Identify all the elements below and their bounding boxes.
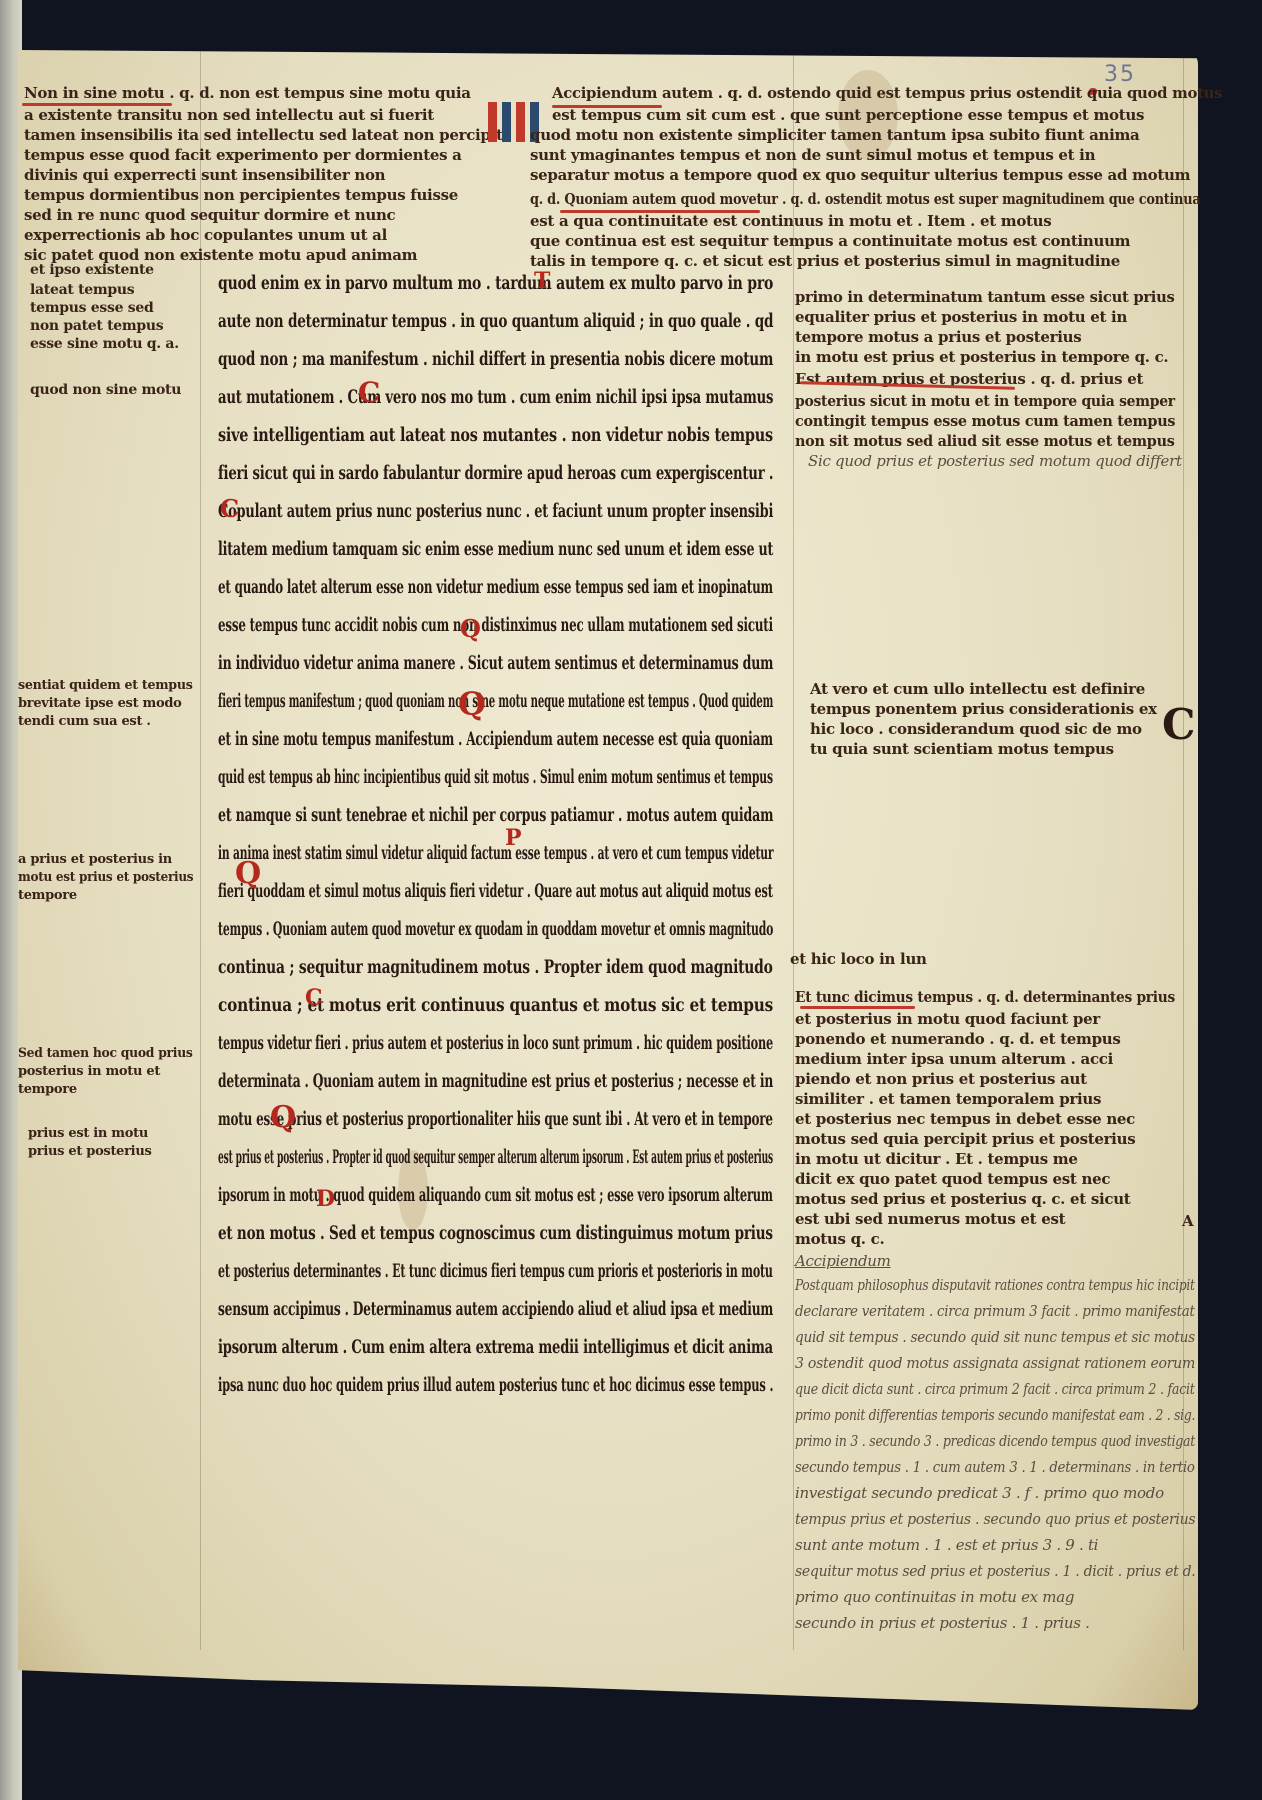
commentary-line: quod motu non existente simpliciter tame… [530, 126, 1139, 144]
note-heading: Accipiendum [795, 1252, 891, 1270]
note-line: investigat secundo predicat 3 . f . prim… [795, 1484, 1164, 1502]
gloss-line: dicit ex quo patet quod tempus est nec [795, 1170, 1110, 1188]
gloss-line: lateat tempus [30, 282, 134, 298]
text-line: quod non ; ma manifestum . nichil differ… [218, 348, 773, 370]
gloss-line: prius et posterius [28, 1144, 152, 1159]
text-line: aute non determinatur tempus . in quo qu… [218, 310, 773, 332]
end-mark: A [1182, 1212, 1193, 1230]
note-line: secundo tempus . 1 . cum autem 3 . 1 . d… [795, 1458, 1195, 1476]
gloss-line: tempore [18, 888, 77, 903]
commentary-line: divinis qui experrecti sunt insensibilit… [24, 166, 385, 184]
commentary-line: Non in sine motu . q. d. non est tempus … [24, 84, 471, 102]
note-line: quid sit tempus . secundo quid sit nunc … [795, 1328, 1195, 1346]
gloss-line: tu quia sunt scientiam motus tempus [810, 740, 1114, 758]
gloss-line: contingit tempus esse motus cum tamen te… [795, 412, 1175, 430]
gloss-line: et posterius in motu quod faciunt per [795, 1010, 1100, 1028]
ruling-text-right [793, 50, 794, 1650]
text-line: Copulant autem prius nunc posterius nunc… [218, 500, 773, 522]
text-line: continua ; et motus erit continuus quant… [218, 994, 773, 1016]
gloss-line: in motu ut dicitur . Et . tempus me [795, 1150, 1078, 1168]
rubricated-initial: D [316, 1186, 335, 1212]
gloss-line: medium inter ipsa unum alterum . acci [795, 1050, 1113, 1068]
rubricated-initial: Q [460, 614, 481, 643]
text-line: fieri sicut qui in sardo fabulantur dorm… [218, 462, 773, 484]
rubricated-initial: C [220, 494, 239, 523]
rubricated-initial: T [534, 268, 550, 294]
rubricated-initial: Q [270, 1100, 296, 1135]
text-line: ipsorum in motu . quod quidem aliquando … [218, 1184, 773, 1206]
commentary-line: Accipiendum autem . q. d. ostendo quid e… [552, 84, 1222, 102]
later-hand-note: Sic quod prius et posterius sed motum qu… [808, 452, 1182, 470]
rubricated-initial: Q [458, 685, 486, 723]
gloss-line: tendi cum sua est . [18, 714, 151, 729]
gloss-line: in motu est prius et posterius in tempor… [795, 348, 1168, 366]
gloss-line: sentiat quidem et tempus [18, 678, 193, 693]
text-line: in individuo videtur anima manere . Sicu… [218, 652, 773, 674]
text-line: et non motus . Sed et tempus cognoscimus… [218, 1222, 773, 1244]
text-line: et namque si sunt tenebrae et nichil per… [218, 804, 773, 826]
note-line: tempus prius et posterius . secundo quo … [795, 1510, 1195, 1528]
gloss-line: non sit motus sed aliud sit esse motus e… [795, 432, 1175, 450]
commentary-line: tamen insensibilis ita sed intellectu se… [24, 126, 503, 144]
note-line: 3 ostendit quod motus assignata assignat… [795, 1354, 1195, 1372]
paragraph-mark: C [1162, 700, 1195, 749]
rubricated-initial: C [305, 985, 323, 1011]
gloss-line: brevitate ipse est modo [18, 696, 181, 711]
note-line: Postquam philosophus disputavit rationes… [795, 1276, 1195, 1294]
note-line: secundo in prius et posterius . 1 . priu… [795, 1614, 1090, 1632]
text-line: quod enim ex in parvo multum mo . tardum… [218, 272, 773, 294]
gloss-line: motus sed quia percipit prius et posteri… [795, 1130, 1135, 1148]
text-line: ipsorum alterum . Cum enim altera extrem… [218, 1336, 773, 1358]
text-line: et quando latet alterum esse non videtur… [218, 576, 773, 598]
note-line: sunt ante motum . 1 . est et prius 3 . 9… [795, 1536, 1098, 1554]
gloss-line: motus q. c. [795, 1230, 884, 1248]
commentary-line: est tempus cum sit cum est . que sunt pe… [552, 106, 1144, 124]
text-line: sive intelligentiam aut lateat nos mutan… [218, 424, 773, 446]
text-line: fieri quoddam et simul motus aliquis fie… [218, 880, 773, 902]
gloss-line: piendo et non prius et posterius aut [795, 1070, 1087, 1088]
gloss-line: ponendo et numerando . q. d. et tempus [795, 1030, 1121, 1048]
note-line: primo in 3 . secundo 3 . predicas dicend… [795, 1432, 1195, 1450]
commentary-line: a existente transitu non sed intellectu … [24, 106, 434, 124]
gloss-line: tempore [18, 1082, 77, 1097]
text-line: aut mutationem . Cum vero nos mo tum . c… [218, 386, 773, 408]
gloss-line: tempus esse sed [30, 300, 153, 316]
text-line: esse tempus tunc accidit nobis cum non d… [218, 614, 773, 636]
gloss-line: hic loco . considerandum quod sic de mo [810, 720, 1142, 738]
ruling-left-margin [200, 50, 201, 1650]
gloss-line: et posterius nec tempus in debet esse ne… [795, 1110, 1135, 1128]
commentary-line: q. d. Quoniam autem quod movetur . q. d.… [530, 190, 1200, 208]
note-line: sequitur motus sed prius et posterius . … [795, 1562, 1195, 1580]
gloss-line: non patet tempus [30, 318, 163, 334]
rubricated-initial: P [505, 825, 522, 851]
text-line: tempus videtur fieri . prius autem et po… [218, 1032, 773, 1054]
gloss-line: Et tunc dicimus tempus . q. d. determina… [795, 988, 1175, 1006]
text-line: quid est tempus ab hinc incipientibus qu… [218, 766, 773, 788]
text-line: litatem medium tamquam sic enim esse med… [218, 538, 773, 560]
gloss-line: et ipso existente [30, 262, 154, 278]
text-line: tempus . Quoniam autem quod movetur ex q… [218, 918, 773, 940]
text-line: sensum accipimus . Determinamus autem ac… [218, 1298, 773, 1320]
text-line: fieri tempus manifestum ; quod quoniam n… [218, 690, 773, 712]
gloss-line: equaliter prius et posterius in motu et … [795, 308, 1127, 326]
gloss-line: primo in determinatum tantum esse sicut … [795, 288, 1175, 306]
text-line: motu esse prius et posterius proportiona… [218, 1108, 773, 1130]
text-line: et posterius determinantes . Et tunc dic… [218, 1260, 773, 1282]
gloss-line: At vero et cum ullo intellectu est defin… [810, 680, 1145, 698]
commentary-line: experrectionis ab hoc copulantes unum ut… [24, 226, 387, 244]
gloss-line: tempus ponentem prius considerationis ex [810, 700, 1157, 718]
note-line: primo quo continuitas in motu ex mag [795, 1588, 1074, 1606]
note-line: que dicit dicta sunt . circa primum 2 fa… [795, 1380, 1195, 1398]
gloss-line: tempore motus a prius et posterius [795, 328, 1081, 346]
rubricated-initial: C [358, 376, 380, 409]
commentary-line: tempus dormientibus non percipientes tem… [24, 186, 458, 204]
gloss-line: similiter . et tamen temporalem prius [795, 1090, 1101, 1108]
text-line: est prius et posterius . Propter id quod… [218, 1146, 773, 1168]
commentary-line: sunt ymaginantes tempus et non de sunt s… [530, 146, 1095, 164]
gloss-line: motus sed prius et posterius q. c. et si… [795, 1190, 1130, 1208]
note-line: primo ponit differentias temporis secund… [795, 1406, 1195, 1424]
commentary-line: est a qua continuitate est continuus in … [530, 212, 1051, 230]
commentary-line: sed in re nunc quod sequitur dormire et … [24, 206, 395, 224]
gloss-line: prius est in motu [28, 1126, 148, 1141]
gloss-line: Sed tamen hoc quod prius [18, 1046, 193, 1061]
commentary-line: talis in tempore q. c. et sicut est priu… [530, 252, 1120, 270]
gloss-line: quod non sine motu [30, 382, 181, 398]
commentary-line: que continua est est sequitur tempus a c… [530, 232, 1130, 250]
note-line: declarare veritatem . circa primum 3 fac… [795, 1302, 1195, 1320]
gloss-line: a prius et posterius in [18, 852, 172, 867]
gloss-line: et hic loco in lun [790, 950, 927, 968]
rubricated-initial: Q [235, 856, 261, 891]
text-line: et in sine motu tempus manifestum . Acci… [218, 728, 773, 750]
gloss-line: est ubi sed numerus motus et est [795, 1210, 1065, 1228]
gloss-line: posterius in motu et [18, 1064, 160, 1079]
commentary-line: tempus esse quod facit experimento per d… [24, 146, 462, 164]
rubric-underline [800, 1006, 915, 1009]
text-line: ipsa nunc duo hoc quidem prius illud aut… [218, 1374, 773, 1396]
commentary-line: separatur motus a tempore quod ex quo se… [530, 166, 1190, 184]
gloss-line: motu est prius et posterius [18, 870, 193, 885]
text-line: continua ; sequitur magnitudinem motus .… [218, 956, 773, 978]
text-line: determinata . Quoniam autem in magnitudi… [218, 1070, 773, 1092]
text-line: in anima inest statim simul videtur aliq… [218, 842, 773, 864]
gloss-line: esse sine motu q. a. [30, 336, 179, 352]
gloss-line: posterius sicut in motu et in tempore qu… [795, 392, 1175, 410]
